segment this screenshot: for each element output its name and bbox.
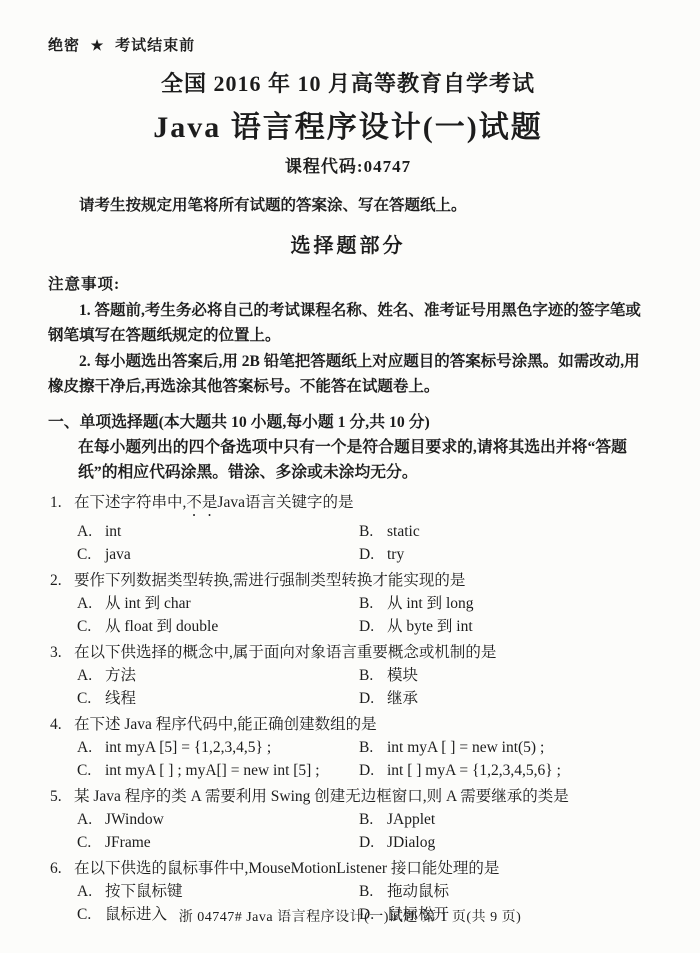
option-text: int myA [5] = {1,2,3,4,5} ;	[105, 739, 271, 756]
option-text: 按下鼠标键	[105, 883, 183, 900]
option-text: 从 int 到 long	[387, 595, 474, 612]
option-c: C.线程	[77, 687, 359, 710]
option-text: 继承	[387, 690, 418, 707]
option-label: A.	[77, 736, 105, 759]
exam-timing-label: 考试结束前	[115, 38, 195, 54]
option-c: C.JFrame	[77, 831, 359, 854]
option-label: B.	[359, 736, 387, 759]
option-text: 方法	[105, 667, 136, 684]
question-stem: 1.在下述字符串中,不是Java语言关键字的是	[50, 491, 648, 520]
option-text: int	[105, 523, 121, 540]
option-label: C.	[77, 615, 105, 638]
option-text: JWindow	[105, 811, 164, 828]
question-stem: 6.在以下供选的鼠标事件中,MouseMotionListener 接口能处理的…	[50, 857, 648, 880]
question-item-5: 5.某 Java 程序的类 A 需要利用 Swing 创建无边框窗口,则 A 需…	[50, 785, 648, 854]
option-label: B.	[359, 880, 387, 903]
question-stem: 5.某 Java 程序的类 A 需要利用 Swing 创建无边框窗口,则 A 需…	[50, 785, 648, 808]
question-item-2: 2.要作下列数据类型转换,需进行强制类型转换才能实现的是 A.从 int 到 c…	[50, 569, 648, 638]
option-label: C.	[77, 831, 105, 854]
option-text: int myA [ ] = new int(5) ;	[387, 739, 544, 756]
question-text: 某 Java 程序的类 A 需要利用 Swing 创建无边框窗口,则 A 需要继…	[74, 788, 569, 805]
star-icon: ★	[85, 39, 111, 54]
question-number: 2.	[50, 569, 74, 592]
emphasized-text: 不是	[186, 494, 217, 511]
part-one-heading: 一、单项选择题(本大题共 10 小题,每小题 1 分,共 10 分)	[48, 410, 648, 435]
security-classification-line: 绝密 ★ 考试结束前	[48, 34, 648, 55]
option-label: A.	[77, 520, 105, 543]
option-a: A.JWindow	[77, 808, 359, 831]
option-label: A.	[77, 880, 105, 903]
option-d: D.继承	[359, 687, 648, 710]
option-a: A.按下鼠标键	[77, 880, 359, 903]
page-footer: 浙 04747# Java 语言程序设计(一)试题 第 1 页(共 9 页)	[0, 906, 700, 926]
option-label: D.	[359, 759, 387, 782]
option-d: D.JDialog	[359, 831, 648, 854]
answering-instruction: 请考生按规定用笔将所有试题的答案涂、写在答题纸上。	[48, 195, 648, 217]
option-text: int [ ] myA = {1,2,3,4,5,6} ;	[387, 762, 561, 779]
options-grid: A.方法B.模块C.线程D.继承	[50, 664, 648, 710]
option-text: 拖动鼠标	[387, 883, 449, 900]
option-b: B.模块	[359, 664, 648, 687]
option-b: B.int myA [ ] = new int(5) ;	[359, 736, 648, 759]
option-text: static	[387, 523, 420, 540]
option-label: D.	[359, 615, 387, 638]
question-number: 3.	[50, 641, 74, 664]
options-grid: A.JWindowB.JAppletC.JFrameD.JDialog	[50, 808, 648, 854]
option-label: B.	[359, 664, 387, 687]
option-label: A.	[77, 808, 105, 831]
question-item-1: 1.在下述字符串中,不是Java语言关键字的是 A.intB.staticC.j…	[50, 491, 648, 566]
exam-title-line2: Java 语言程序设计(一)试题	[48, 102, 648, 146]
section-title: 选择题部分	[48, 229, 648, 258]
option-c: C.从 float 到 double	[77, 615, 359, 638]
option-text: 从 float 到 double	[105, 618, 218, 635]
option-text: 从 int 到 char	[105, 595, 191, 612]
option-text: 线程	[105, 690, 136, 707]
question-number: 5.	[50, 785, 74, 808]
notes-block: 注意事项: 1. 答题前,考生务必将自己的考试课程名称、姓名、准考证号用黑色字迹…	[48, 272, 648, 400]
option-b: B.JApplet	[359, 808, 648, 831]
question-text: 要作下列数据类型转换,需进行强制类型转换才能实现的是	[74, 572, 465, 589]
option-label: B.	[359, 520, 387, 543]
option-label: A.	[77, 592, 105, 615]
question-item-3: 3.在以下供选择的概念中,属于面向对象语言重要概念或机制的是 A.方法B.模块C…	[50, 641, 648, 710]
option-d: D.从 byte 到 int	[359, 615, 648, 638]
option-a: A.从 int 到 char	[77, 592, 359, 615]
options-grid: A.从 int 到 charB.从 int 到 longC.从 float 到 …	[50, 592, 648, 638]
notes-title: 注意事项:	[48, 272, 648, 298]
question-number: 4.	[50, 713, 74, 736]
option-label: C.	[77, 687, 105, 710]
question-stem: 2.要作下列数据类型转换,需进行强制类型转换才能实现的是	[50, 569, 648, 592]
exam-paper-page: 绝密 ★ 考试结束前 全国 2016 年 10 月高等教育自学考试 Java 语…	[0, 0, 700, 953]
course-code: 课程代码:04747	[48, 152, 648, 177]
question-stem: 3.在以下供选择的概念中,属于面向对象语言重要概念或机制的是	[50, 641, 648, 664]
option-text: 从 byte 到 int	[387, 618, 473, 635]
question-text: 在以下供选择的概念中,属于面向对象语言重要概念或机制的是	[74, 644, 496, 661]
question-text: 在以下供选的鼠标事件中,MouseMotionListener 接口能处理的是	[74, 860, 499, 877]
option-text: java	[105, 546, 131, 563]
option-label: B.	[359, 808, 387, 831]
classification-label: 绝密	[48, 38, 80, 54]
option-text: JApplet	[387, 811, 435, 828]
option-text: int myA [ ] ; myA[] = new int [5] ;	[105, 762, 320, 779]
note-item-1: 1. 答题前,考生务必将自己的考试课程名称、姓名、准考证号用黑色字迹的签字笔或钢…	[48, 298, 648, 349]
question-number: 6.	[50, 857, 74, 880]
options-grid: A.intB.staticC.javaD.try	[50, 520, 648, 566]
option-label: D.	[359, 831, 387, 854]
option-b: B.从 int 到 long	[359, 592, 648, 615]
part-one-instructions: 在每小题列出的四个备选项中只有一个是符合题目要求的,请将其选出并将“答题纸”的相…	[48, 435, 648, 486]
option-text: 模块	[387, 667, 418, 684]
option-c: C.int myA [ ] ; myA[] = new int [5] ;	[77, 759, 359, 782]
option-c: C.java	[77, 543, 359, 566]
question-stem: 4.在下述 Java 程序代码中,能正确创建数组的是	[50, 713, 648, 736]
option-a: A.int	[77, 520, 359, 543]
question-number: 1.	[50, 491, 74, 514]
option-d: D.try	[359, 543, 648, 566]
option-label: C.	[77, 759, 105, 782]
option-label: A.	[77, 664, 105, 687]
question-text: 在下述 Java 程序代码中,能正确创建数组的是	[74, 716, 377, 733]
question-item-4: 4.在下述 Java 程序代码中,能正确创建数组的是 A.int myA [5]…	[50, 713, 648, 782]
options-grid: A.int myA [5] = {1,2,3,4,5} ;B.int myA […	[50, 736, 648, 782]
option-d: D.int [ ] myA = {1,2,3,4,5,6} ;	[359, 759, 648, 782]
option-a: A.方法	[77, 664, 359, 687]
option-text: JDialog	[387, 834, 435, 851]
exam-title-line1: 全国 2016 年 10 月高等教育自学考试	[48, 67, 648, 98]
option-label: D.	[359, 543, 387, 566]
option-b: B.拖动鼠标	[359, 880, 648, 903]
option-a: A.int myA [5] = {1,2,3,4,5} ;	[77, 736, 359, 759]
question-text: 在下述字符串中,不是Java语言关键字的是	[74, 494, 353, 511]
option-label: C.	[77, 543, 105, 566]
option-b: B.static	[359, 520, 648, 543]
questions-list: 1.在下述字符串中,不是Java语言关键字的是 A.intB.staticC.j…	[48, 491, 648, 926]
option-label: B.	[359, 592, 387, 615]
option-text: JFrame	[105, 834, 151, 851]
option-label: D.	[359, 687, 387, 710]
option-text: try	[387, 546, 404, 563]
note-item-2: 2. 每小题选出答案后,用 2B 铅笔把答题纸上对应题目的答案标号涂黑。如需改动…	[48, 349, 648, 400]
